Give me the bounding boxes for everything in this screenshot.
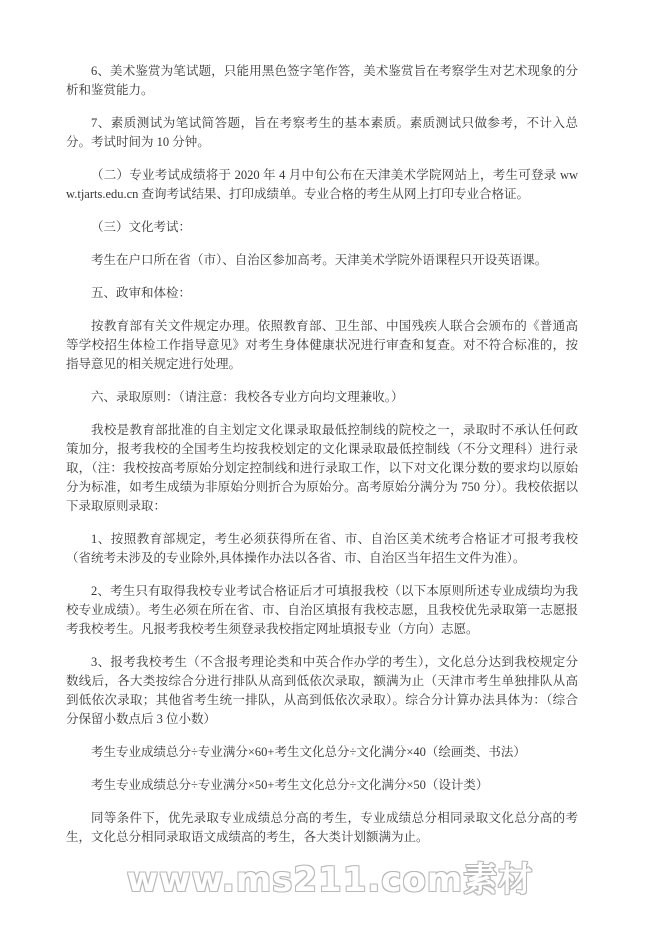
paragraph-culture-exam: 考生在户口所在省（市）、自治区参加高考。天津美术学院外语课程只开设英语课。 [66,251,578,270]
watermark-ms211: www.ms211.com素材 [127,852,533,901]
heading-admission-rules: 六、录取原则：（请注意：我校各专业方向均文理兼收。） [66,388,578,407]
paragraph-rule-1: 1、按照教育部规定，考生必须获得所在省、市、自治区美术统考合格证才可报考我校（省… [66,530,578,568]
formula-design: 考生专业成绩总分÷专业满分×50+考生文化总分÷文化满分×50（设计类） [66,776,578,795]
formula-painting-calligraphy: 考生专业成绩总分÷专业满分×60+考生文化总分÷文化满分×40（绘画类、书法） [66,743,578,762]
heading-culture-exam: （三）文化考试： [66,218,578,237]
paragraph-exam-item-7: 7、素质测试为笔试简答题，旨在考察考生的基本素质。素质测试只做参考，不计入总分。… [66,114,578,152]
document-page: 6、美术鉴赏为笔试题，只能用黑色签字笔作答，美术鉴赏旨在考察学生对艺术现象的分析… [0,0,660,933]
paragraph-rule-2: 2、考生只有取得我校专业考试合格证后才可填报我校（以下本原则所述专业成绩均为我校… [66,582,578,639]
paragraph-admission-overview: 我校是教育部批准的自主划定文化课录取最低控制线的院校之一，录取时不承认任何政策加… [66,421,578,516]
document-body: 6、美术鉴赏为笔试题，只能用黑色签字笔作答，美术鉴赏旨在考察学生对艺术现象的分析… [66,62,578,861]
paragraph-rule-3: 3、报考我校考生（不含报考理论类和中英合作办学的考生），文化总分达到我校规定分数… [66,653,578,729]
paragraph-political-review: 按教育部有关文件规定办理。依照教育部、卫生部、中国残疾人联合会颁布的《普通高等学… [66,317,578,374]
paragraph-exam-item-6: 6、美术鉴赏为笔试题，只能用黑色签字笔作答，美术鉴赏旨在考察学生对艺术现象的分析… [66,62,578,100]
paragraph-score-release: （二）专业考试成绩将于 2020 年 4 月中旬公布在天津美术学院网站上，考生可… [66,166,578,204]
paragraph-tiebreaker: 同等条件下，优先录取专业成绩总分高的考生，专业成绩总分相同录取文化总分高的考生，… [66,809,578,847]
heading-political-review: 五、政审和体检： [66,284,578,303]
